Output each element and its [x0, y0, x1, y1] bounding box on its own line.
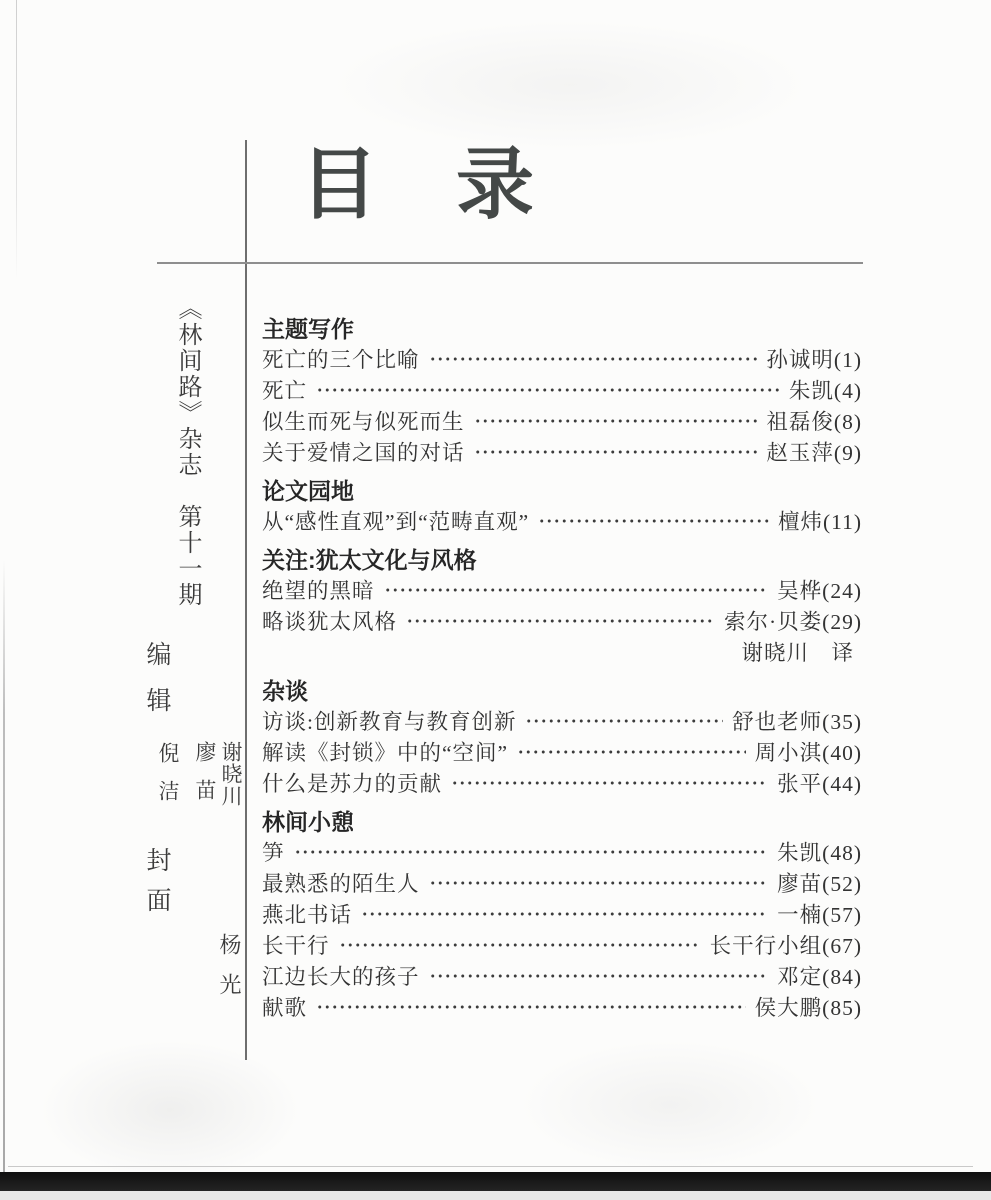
horizontal-rule [157, 262, 863, 264]
dot-leader [361, 898, 768, 929]
entry-title: 燕北书话 [262, 898, 352, 929]
entry-author: 孙诚明 [766, 348, 834, 372]
dot-leader [517, 736, 746, 767]
entry-title: 关于爱情之国的对话 [262, 436, 465, 467]
dot-leader [538, 505, 769, 536]
dot-leader [429, 960, 769, 991]
dot-leader [525, 705, 723, 736]
entry-author-page: 廖苗(52) [777, 867, 862, 898]
toc-entry: 江边长大的孩子 邓定(84) [262, 960, 862, 991]
entry-author: 祖磊俊 [766, 410, 834, 434]
entry-author: 索尔·贝娄 [724, 610, 822, 634]
translator-credit: 谢晓川 译 [262, 636, 862, 667]
scan-bleedthrough-blot [330, 20, 810, 150]
dot-leader [294, 836, 769, 867]
entry-title: 什么是苏力的贡献 [262, 767, 442, 798]
scan-crease-line [16, 0, 17, 280]
entry-title: 略谈犹太风格 [262, 605, 397, 636]
entry-author: 吴桦 [777, 579, 822, 603]
entry-author-page: 一楠(57) [777, 898, 862, 929]
entry-author: 檀炜 [778, 510, 823, 534]
entry-page: (40) [822, 741, 862, 765]
entry-author-page: 舒也老师(35) [732, 705, 862, 736]
dot-leader [429, 867, 769, 898]
dot-leader [474, 405, 758, 436]
entry-author-page: 檀炜(11) [778, 505, 862, 536]
entry-author-page: 周小淇(40) [755, 736, 862, 767]
page-bottom-edge-line [8, 1166, 973, 1167]
editor-label: 编辑 [138, 641, 174, 733]
entry-page: (67) [822, 934, 862, 958]
entry-author-page: 索尔·贝娄(29) [724, 605, 862, 636]
entry-author: 廖苗 [777, 872, 822, 896]
entry-author: 一楠 [777, 903, 822, 927]
toc-entry: 关于爱情之国的对话 赵玉萍(9) [262, 436, 862, 467]
entry-title: 访谈:创新教育与教育创新 [262, 705, 516, 736]
page-title: 目 录 [300, 142, 534, 228]
entry-title: 长干行 [262, 929, 330, 960]
scanner-background-strip [0, 1191, 991, 1200]
toc-entry: 解读《封锁》中的“空间” 周小淇(40) [262, 736, 862, 767]
entry-title: 绝望的黑暗 [262, 574, 375, 605]
toc-entry: 长干行 长干行小组(67) [262, 929, 862, 960]
entry-author-page: 张平(44) [777, 767, 862, 798]
entry-page: (1) [834, 348, 862, 372]
dot-leader [384, 574, 769, 605]
toc-entry: 似生而死与似死而生 祖磊俊(8) [262, 405, 862, 436]
dot-leader [451, 767, 768, 798]
toc-entry: 从“感性直观”到“范畴直观” 檀炜(11) [262, 505, 862, 536]
entry-author: 邓定 [777, 965, 822, 989]
entry-page: (35) [822, 710, 862, 734]
entry-author: 长干行小组 [710, 934, 823, 958]
table-of-contents: 主题写作 死亡的三个比喻 孙诚明(1) 死亡 朱凯(4) 似生而死与似死而生 祖… [262, 312, 862, 1022]
entry-page: (29) [822, 610, 862, 634]
toc-entry: 死亡的三个比喻 孙诚明(1) [262, 343, 862, 374]
toc-entry: 笋 朱凯(48) [262, 836, 862, 867]
entry-page: (11) [823, 510, 862, 534]
entry-author-page: 赵玉萍(9) [766, 436, 862, 467]
entry-page: (85) [822, 996, 862, 1020]
entry-author-page: 吴桦(24) [777, 574, 862, 605]
section-heading: 关注:犹太文化与风格 [262, 543, 862, 574]
magazine-issue-vertical-text: 《林间路》杂志 第十一期 [170, 296, 205, 608]
entry-page: (52) [822, 872, 862, 896]
editor-name: 倪洁 [153, 742, 183, 818]
entry-page: (44) [822, 772, 862, 796]
entry-author: 朱凯 [789, 379, 834, 403]
entry-author-page: 孙诚明(1) [766, 343, 862, 374]
editor-name: 谢晓川 [216, 741, 246, 807]
cover-artist-name: 杨光 [214, 933, 245, 1013]
entry-title: 笋 [262, 836, 285, 867]
entry-author: 舒也老师 [732, 710, 822, 734]
entry-author-page: 祖磊俊(8) [766, 405, 862, 436]
entry-author-page: 邓定(84) [777, 960, 862, 991]
entry-title: 死亡 [262, 374, 307, 405]
entry-author: 周小淇 [755, 741, 823, 765]
entry-author: 赵玉萍 [766, 441, 834, 465]
toc-entry: 最熟悉的陌生人 廖苗(52) [262, 867, 862, 898]
dot-leader [406, 605, 715, 636]
scanner-black-bar [0, 1172, 991, 1191]
entry-author-page: 侯大鹏(85) [755, 991, 862, 1022]
entry-title: 最熟悉的陌生人 [262, 867, 420, 898]
scan-bleedthrough-blot [520, 1040, 820, 1170]
entry-page: (57) [822, 903, 862, 927]
entry-page: (84) [822, 965, 862, 989]
entry-author: 朱凯 [777, 841, 822, 865]
entry-title: 江边长大的孩子 [262, 960, 420, 991]
section-heading: 主题写作 [262, 312, 862, 343]
entry-author-page: 朱凯(48) [777, 836, 862, 867]
cover-label: 封面 [138, 847, 174, 927]
section-heading: 林间小憩 [262, 805, 862, 836]
entry-author-page: 朱凯(4) [789, 374, 862, 405]
toc-entry: 献歌 侯大鹏(85) [262, 991, 862, 1022]
vertical-divider-line [245, 140, 247, 1060]
entry-page: (48) [822, 841, 862, 865]
toc-entry: 什么是苏力的贡献 张平(44) [262, 767, 862, 798]
entry-title: 死亡的三个比喻 [262, 343, 420, 374]
dot-leader [339, 929, 701, 960]
dot-leader [474, 436, 758, 467]
section-heading: 杂谈 [262, 674, 862, 705]
entry-page: (8) [834, 410, 862, 434]
scanned-toc-page: 目 录 《林间路》杂志 第十一期 编辑 倪洁 廖苗 谢晓川 封面 杨光 主题写作… [0, 0, 991, 1200]
entry-page: (4) [834, 379, 862, 403]
dot-leader [316, 991, 746, 1022]
entry-title: 似生而死与似死而生 [262, 405, 465, 436]
dot-leader [429, 343, 758, 374]
entry-author-page: 长干行小组(67) [710, 929, 862, 960]
entry-title: 解读《封锁》中的“空间” [262, 736, 508, 767]
entry-title: 从“感性直观”到“范畴直观” [262, 505, 529, 536]
entry-author: 侯大鹏 [755, 996, 823, 1020]
toc-entry: 死亡 朱凯(4) [262, 374, 862, 405]
entry-page: (24) [822, 579, 862, 603]
toc-entry: 绝望的黑暗 吴桦(24) [262, 574, 862, 605]
toc-entry: 燕北书话 一楠(57) [262, 898, 862, 929]
entry-title: 献歌 [262, 991, 307, 1022]
entry-author: 张平 [777, 772, 822, 796]
scan-bleedthrough-blot [40, 1040, 300, 1180]
entry-page: (9) [834, 441, 862, 465]
toc-entry: 访谈:创新教育与教育创新 舒也老师(35) [262, 705, 862, 736]
toc-entry: 略谈犹太风格 索尔·贝娄(29) [262, 605, 862, 636]
section-heading: 论文园地 [262, 474, 862, 505]
dot-leader [316, 374, 780, 405]
page-left-edge-shadow [3, 560, 5, 1172]
